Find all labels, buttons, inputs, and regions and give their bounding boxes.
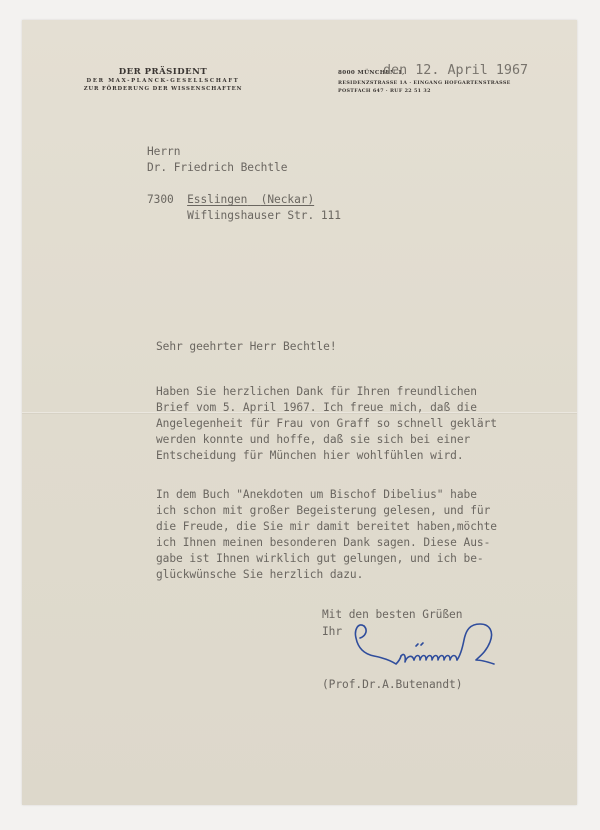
salutation: Sehr geehrter Herr Bechtle! (156, 339, 337, 355)
paragraph-2-line: gabe ist Ihnen wirklich gut gelungen, un… (156, 552, 484, 565)
letter-date: den 12. April 1967 (383, 63, 528, 79)
paragraph-2: In dem Buch "Anekdoten um Bischof Dibeli… (156, 487, 497, 583)
recipient-name: Dr. Friedrich Bechtle (147, 161, 287, 174)
recipient-city-gap (247, 193, 260, 206)
recipient-city: Esslingen (187, 193, 247, 206)
paragraph-1-line: Brief vom 5. April 1967. Ich freue mich,… (156, 401, 477, 414)
closing-ihr: Ihr (322, 624, 342, 640)
signatory-name: (Prof.Dr.A.Butenandt) (322, 677, 462, 693)
paragraph-1-line: Angelegenheit für Frau von Graff so schn… (156, 417, 497, 430)
recipient-street: Wiflingshauser Str. 111 (187, 209, 341, 222)
letterhead-org-line2: zur Förderung der Wissenschaften (82, 86, 244, 92)
paragraph-1-line: Haben Sie herzlichen Dank für Ihren freu… (156, 385, 477, 398)
paragraph-2-line: die Freude, die Sie mir damit bereitet h… (156, 520, 497, 533)
letterhead-address: Residenzstrasse 1a · Eingang Hofgartenst… (338, 80, 511, 86)
recipient-postcode: 7300 (147, 193, 174, 206)
paragraph-2-line: ich schon mit großer Begeisterung gelese… (156, 504, 490, 517)
letterhead-title: Der Präsident (88, 67, 238, 77)
handwritten-signature (350, 620, 505, 670)
paragraph-1: Haben Sie herzlichen Dank für Ihren freu… (156, 384, 497, 464)
recipient-title: Herrn (147, 145, 180, 158)
paragraph-2-line: glückwünsche Sie herzlich dazu. (156, 568, 363, 581)
letterhead-postbox: Postfach 647 · Ruf 22 51 32 (338, 88, 431, 94)
paragraph-1-line: Entscheidung für München hier wohlfühlen… (156, 449, 464, 462)
paragraph-2-line: In dem Buch "Anekdoten um Bischof Dibeli… (156, 488, 477, 501)
letterhead-org-line1: Der Max-Planck-Gesellschaft (82, 78, 244, 84)
paragraph-1-line: werden konnte und hoffe, daß sie sich be… (156, 433, 470, 446)
letter-paper: Der Präsident Der Max-Planck-Gesellschaf… (22, 20, 577, 805)
paragraph-2-line: ich Ihnen meinen besonderen Dank sagen. … (156, 536, 490, 549)
recipient-address: Herrn Dr. Friedrich Bechtle 7300 Essling… (147, 144, 341, 224)
recipient-region: (Neckar) (261, 193, 314, 206)
